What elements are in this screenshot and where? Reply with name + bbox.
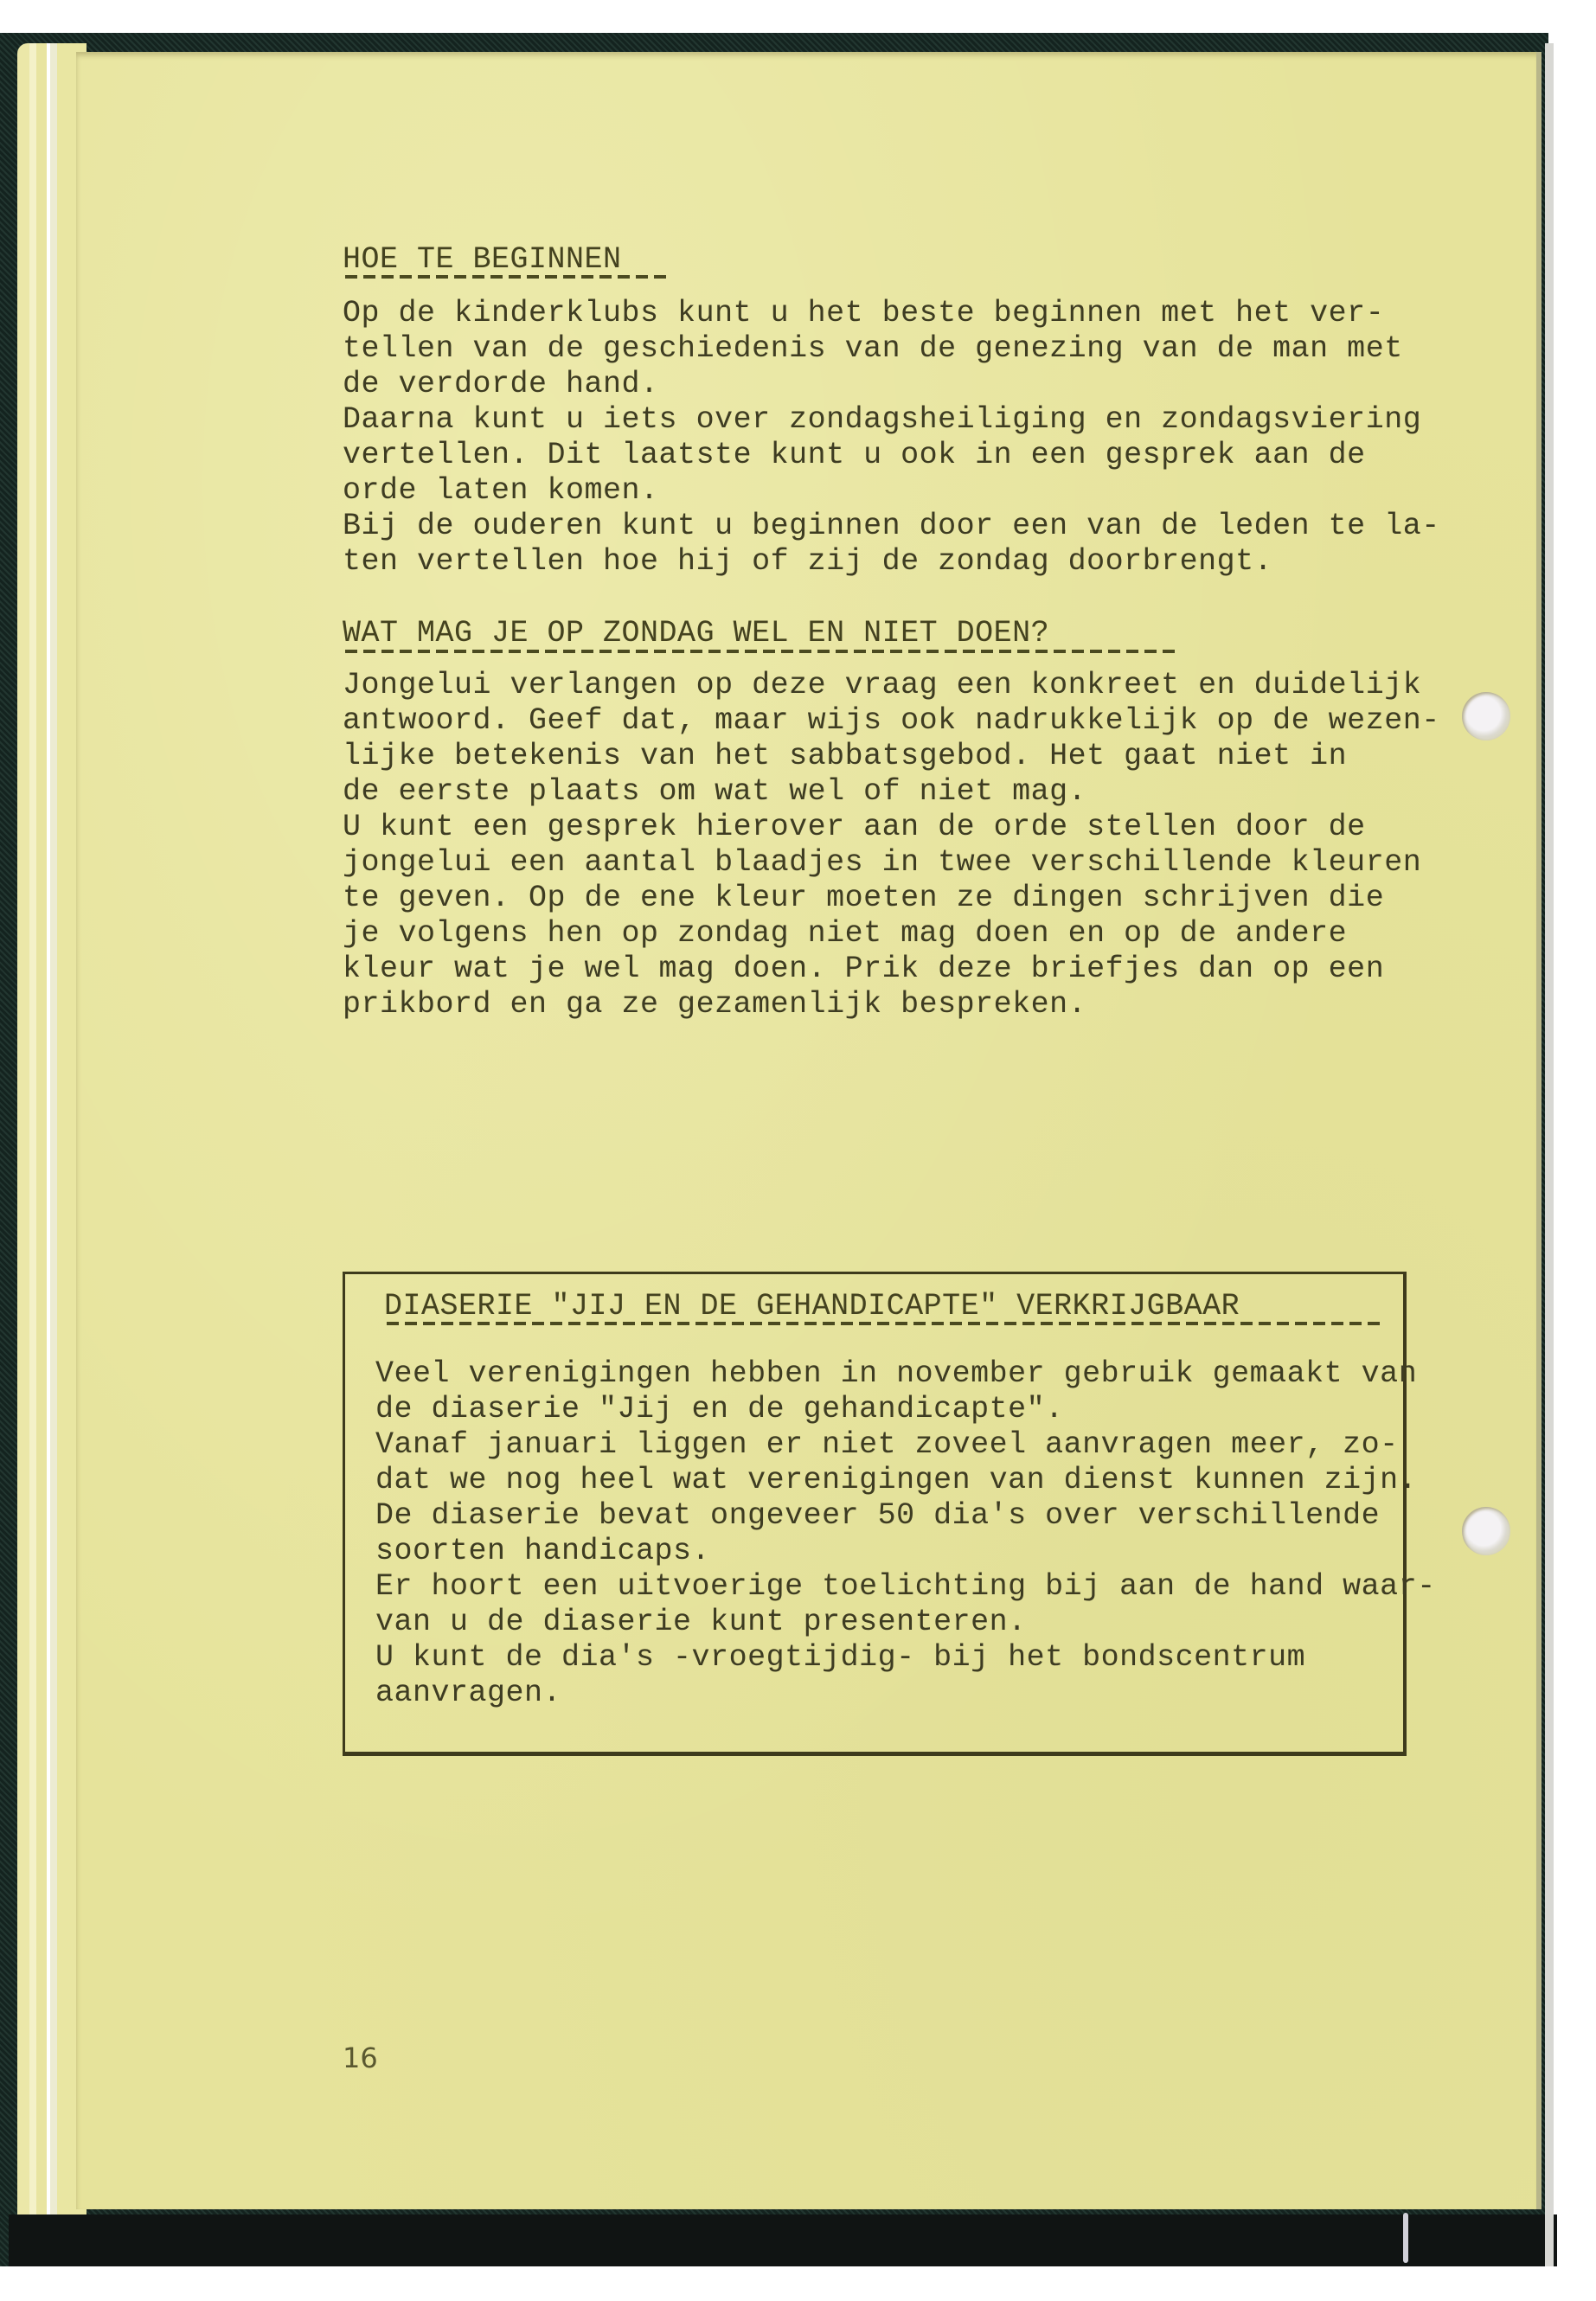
text-line: soorten handicaps. <box>375 1534 1436 1569</box>
heading-underline <box>345 650 1177 653</box>
text-line: orde laten komen. <box>343 473 1440 509</box>
text-line: ten vertellen hoe hij of zij de zondag d… <box>343 544 1440 580</box>
notice-box-heading: DIASERIE "JIJ EN DE GEHANDICAPTE" VERKRI… <box>384 1289 1240 1324</box>
text-line: U kunt een gesprek hierover aan de orde … <box>343 810 1440 845</box>
text-line: de eerste plaats om wat wel of niet mag. <box>343 774 1440 810</box>
text-line: lijke betekenis van het sabbatsgebod. He… <box>343 739 1440 774</box>
section-heading-hoe-te-beginnen: HOE TE BEGINNEN <box>343 242 622 278</box>
text-line: Bij de ouderen kunt u beginnen door een … <box>343 509 1440 544</box>
page-right-edge <box>1536 52 1542 2209</box>
text-line: vertellen. Dit laatste kunt u ook in een… <box>343 438 1440 473</box>
page-number: 16 <box>343 2041 378 2074</box>
text-line: jongelui een aantal blaadjes in twee ver… <box>343 845 1440 881</box>
text-line: Vanaf januari liggen er niet zoveel aanv… <box>375 1427 1436 1463</box>
binder-scuff-mark <box>1403 2213 1408 2263</box>
heading-underline <box>387 1322 1381 1325</box>
section-body-hoe-te-beginnen: Op de kinderklubs kunt u het beste begin… <box>343 296 1440 580</box>
text-line: tellen van de geschiedenis van de genezi… <box>343 331 1440 367</box>
text-line: antwoord. Geef dat, maar wijs ook nadruk… <box>343 703 1440 739</box>
text-line: de diaserie "Jij en de gehandicapte". <box>375 1392 1436 1427</box>
binder-right-edge <box>1545 43 1554 2266</box>
text-line: kleur wat je wel mag doen. Prik deze bri… <box>343 952 1440 987</box>
text-line: De diaserie bevat ongeveer 50 dia's over… <box>375 1498 1436 1534</box>
heading-underline <box>345 275 670 279</box>
text-line: Daarna kunt u iets over zondagsheiliging… <box>343 402 1440 438</box>
text-line: je volgens hen op zondag niet mag doen e… <box>343 916 1440 952</box>
binder-bottom-edge <box>9 2214 1557 2266</box>
section-heading-wat-mag-je: WAT MAG JE OP ZONDAG WEL EN NIET DOEN? <box>343 616 1049 651</box>
text-line: te geven. Op de ene kleur moeten ze ding… <box>343 881 1440 916</box>
punch-hole-top <box>1462 692 1510 740</box>
text-line: prikbord en ga ze gezamenlijk bespreken. <box>343 987 1440 1022</box>
text-line: Veel verenigingen hebben in november geb… <box>375 1356 1436 1392</box>
text-line: van u de diaserie kunt presenteren. <box>375 1605 1436 1640</box>
text-line: aanvragen. <box>375 1676 1436 1711</box>
section-body-wat-mag-je: Jongelui verlangen op deze vraag een kon… <box>343 668 1440 1022</box>
notice-box-body: Veel verenigingen hebben in november geb… <box>375 1356 1436 1711</box>
text-line: de verdorde hand. <box>343 367 1440 402</box>
text-line: Op de kinderklubs kunt u het beste begin… <box>343 296 1440 331</box>
text-line: U kunt de dia's -vroegtijdig- bij het bo… <box>375 1640 1436 1676</box>
text-line: dat we nog heel wat verenigingen van die… <box>375 1463 1436 1498</box>
punch-hole-bottom <box>1462 1507 1510 1555</box>
text-line: Jongelui verlangen op deze vraag een kon… <box>343 668 1440 703</box>
text-line: Er hoort een uitvoerige toelichting bij … <box>375 1569 1436 1605</box>
